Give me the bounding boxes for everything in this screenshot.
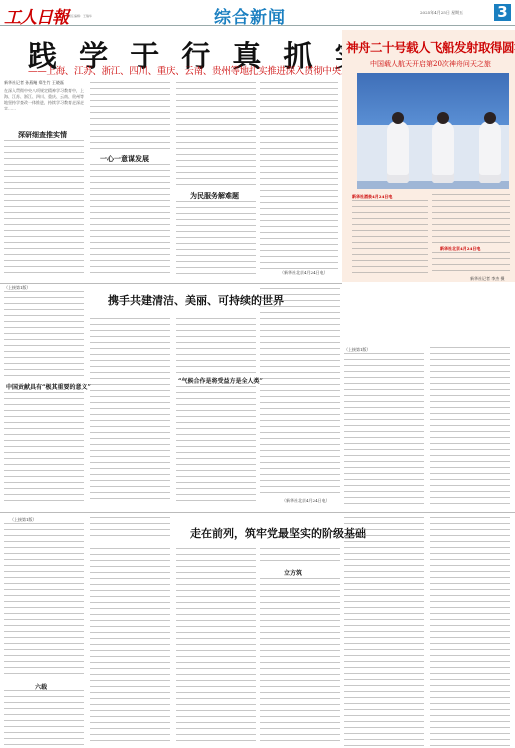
- shenzhou-subheadline: 中国载人航天开启第20次神舟问天之旅: [370, 59, 491, 69]
- section-divider: [0, 283, 342, 284]
- shenzhou-photo-credit: 新华社记者 李杰 摄: [470, 276, 505, 282]
- bottom-column-6: [430, 517, 510, 746]
- lead-column-3b: [176, 201, 256, 274]
- middle-column-3b: [176, 386, 256, 504]
- bottom-headline: 走在前列，筑牢党最坚实的阶级基础: [190, 525, 366, 541]
- section-title: 综合新闻: [214, 3, 286, 28]
- issue-date: 2025年4月25日 星期五: [420, 10, 463, 16]
- middle-subhead-2: “气候合作是将受益方是全人类”: [178, 376, 263, 385]
- lead-subhead-2: 一心一意谋发展: [100, 154, 149, 164]
- astronaut-figure: [479, 121, 501, 183]
- shenzhou-column-2b: [432, 252, 510, 274]
- lead-subhead-3: 为民服务解难题: [190, 191, 239, 201]
- middle-subhead-1: 中国贡献具有“极其重要的意义”: [6, 382, 91, 391]
- shenzhou-column-2a: [432, 194, 510, 246]
- bottom-subhead-2: 立方筑: [284, 568, 302, 577]
- middle-headline: 携手共建清洁、美丽、可持续的世界: [108, 292, 284, 308]
- bottom-column-4b: [260, 578, 340, 746]
- middle-column-1a: [4, 291, 84, 381]
- page-number: 3: [494, 4, 511, 21]
- bottom-column-2b: [90, 548, 170, 746]
- middle-column-4: [260, 288, 340, 496]
- lead-column-2a: [90, 82, 170, 152]
- middle-column-2: [90, 318, 170, 504]
- bottom-column-3: [176, 548, 256, 746]
- section-divider: [0, 512, 515, 513]
- bottom-column-5: [344, 517, 424, 746]
- bottom-column-4a: [260, 548, 340, 566]
- bottom-column-1a: [4, 523, 84, 679]
- lead-byline: 新华社记者 孙燕飚 郑生竹 王晓磊: [4, 80, 64, 86]
- editor-credit: 责任编辑：王瑞华: [68, 14, 92, 18]
- lead-column-3a: [176, 82, 256, 190]
- astronaut-figure: [432, 121, 454, 183]
- lead-column-4: [260, 82, 338, 272]
- bottom-column-1b: [4, 690, 84, 746]
- middle-dateline: （新华社北京4月24日电）: [282, 498, 330, 504]
- lead-column-2b: [90, 164, 170, 274]
- africa-column-1: [344, 353, 424, 505]
- shenzhou-column-1: [352, 200, 428, 276]
- lead-intro-text: 在深入贯彻中央八项规定精神学习教育中，上海、江苏、浙江、四川、重庆、云南、贵州等…: [4, 88, 84, 110]
- astronaut-photo: [357, 73, 509, 189]
- lead-column-1: [4, 140, 84, 274]
- newspaper-logo: 工人日報: [4, 3, 68, 28]
- middle-column-3a: [176, 318, 256, 374]
- africa-column-2: [430, 347, 510, 505]
- shenzhou-headline: 神舟二十号载人飞船发射取得圆满成功: [346, 38, 515, 56]
- middle-column-1b: [4, 392, 84, 504]
- bottom-column-2a: [90, 517, 170, 539]
- astronaut-figure: [387, 121, 409, 183]
- lead-subhead-1: 深研细查推实情: [18, 130, 67, 140]
- lead-dateline: （新华社北京4月24日电）: [280, 270, 328, 276]
